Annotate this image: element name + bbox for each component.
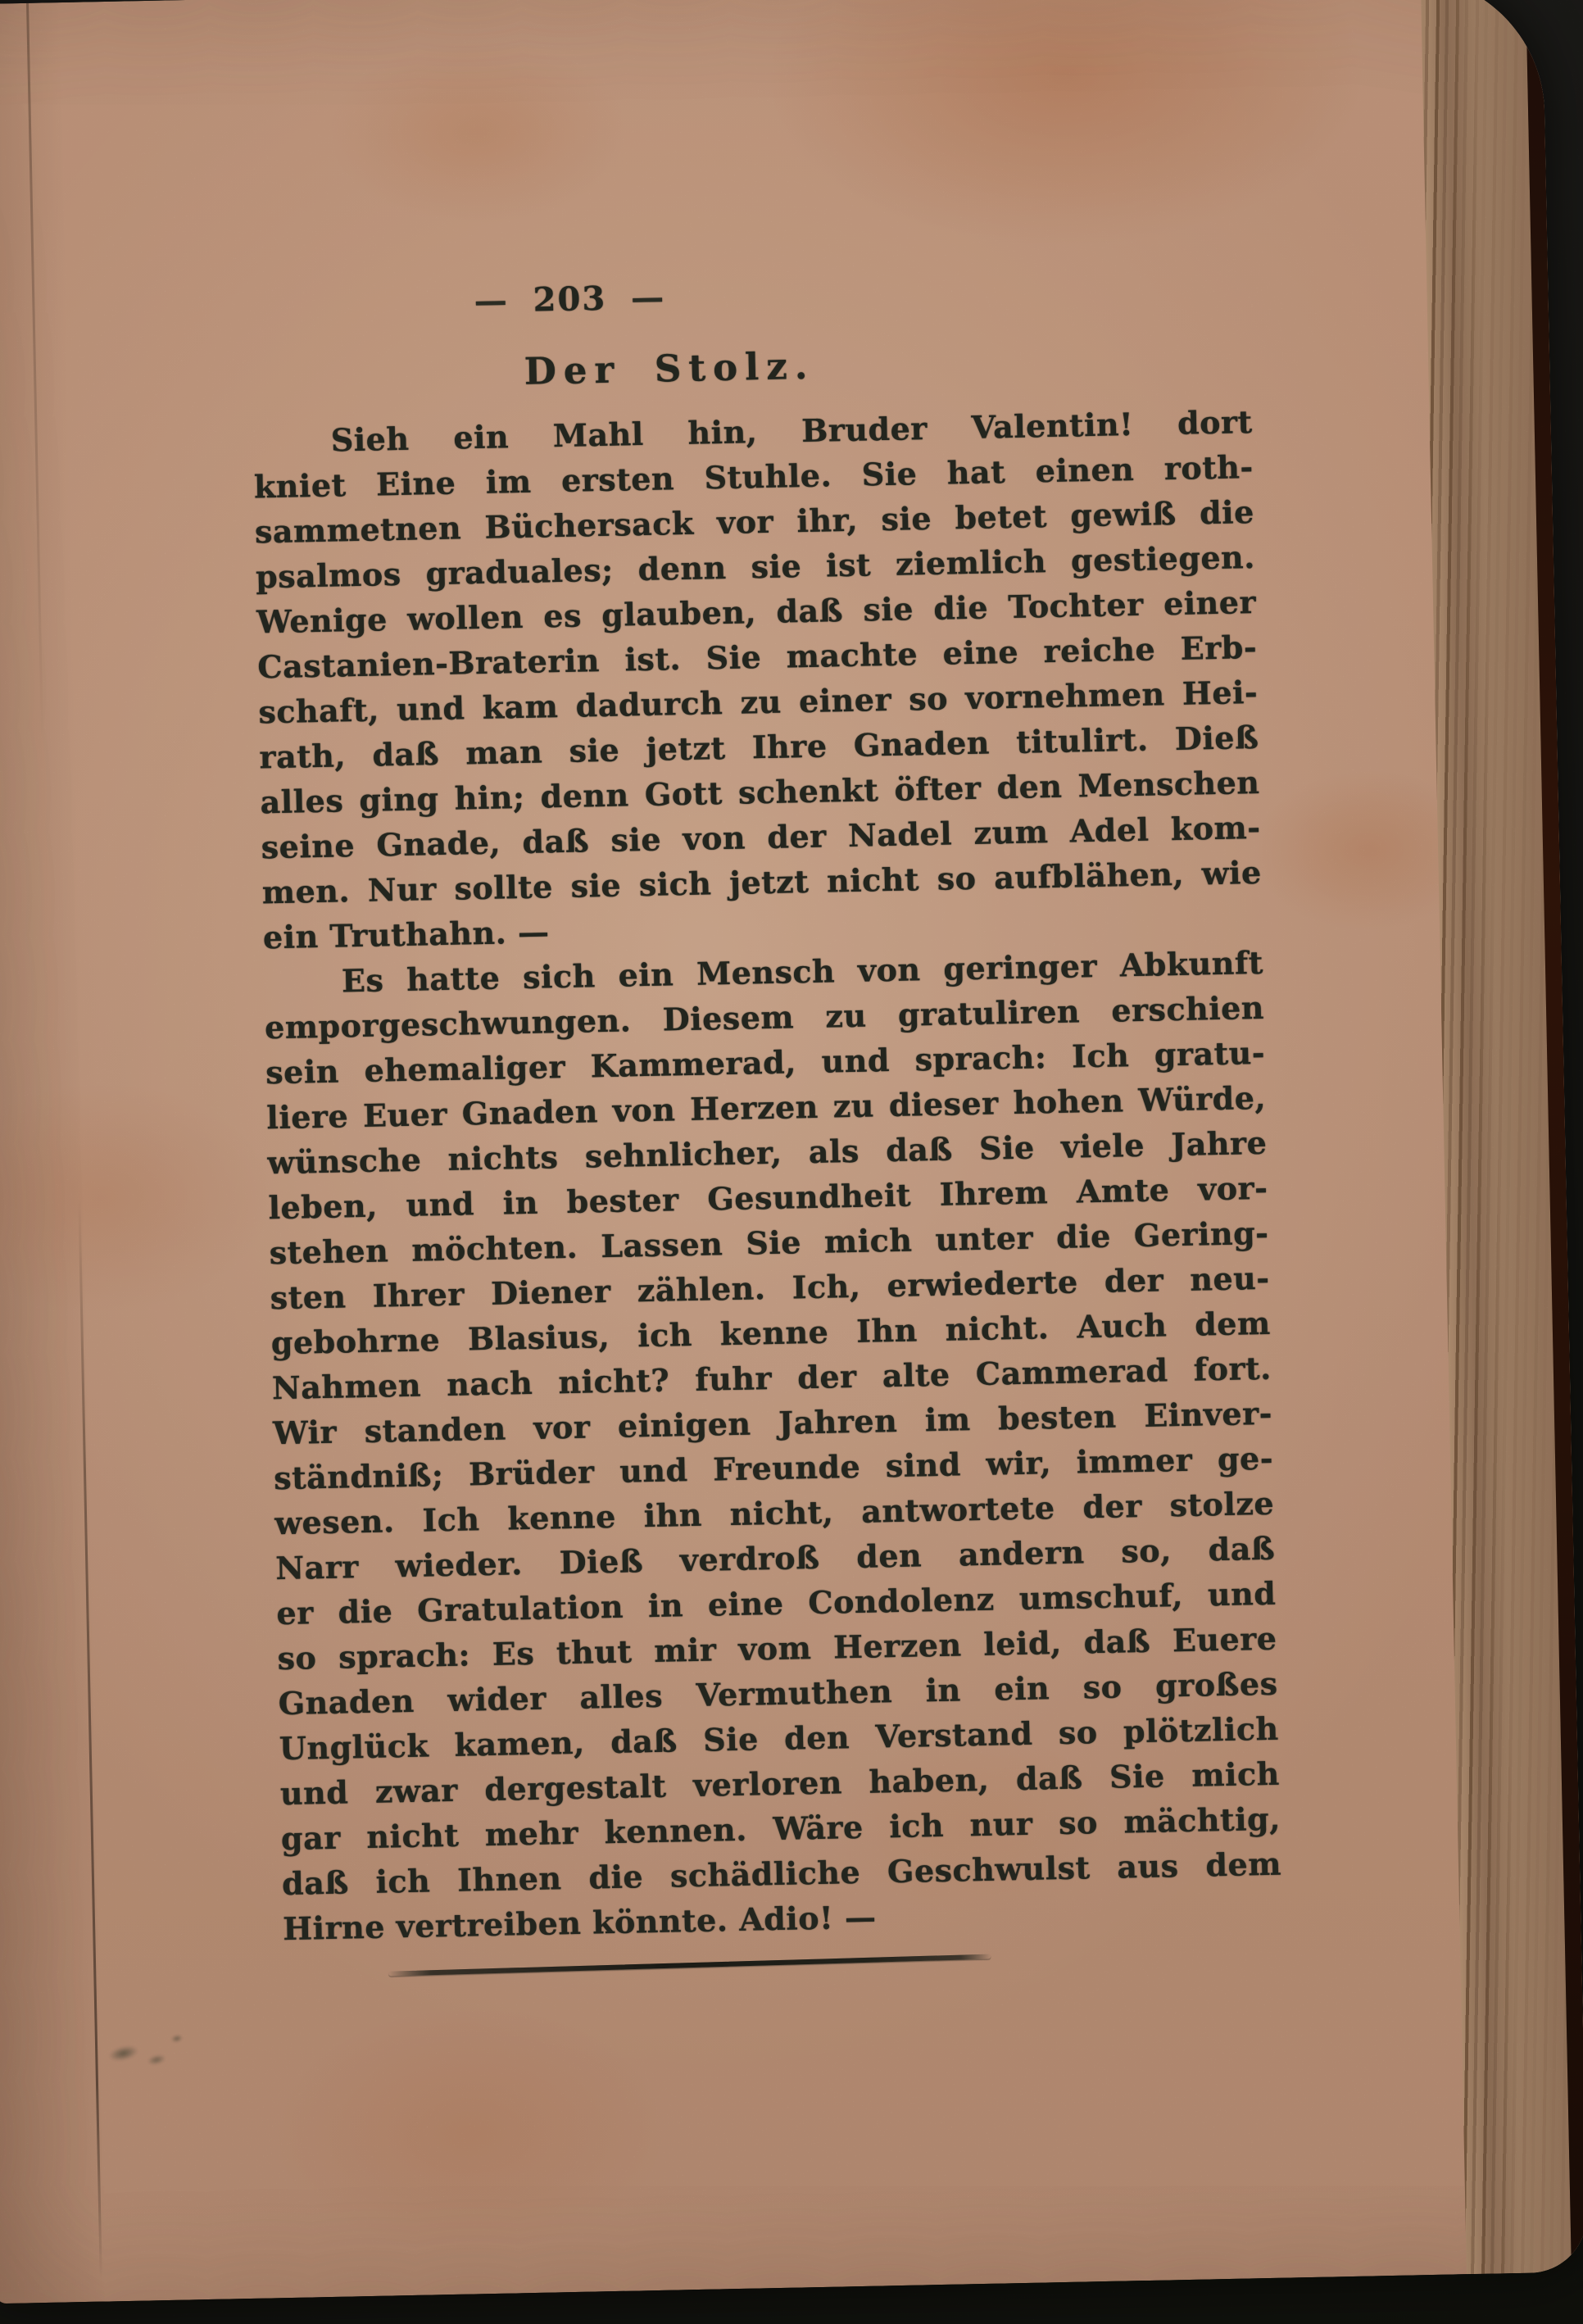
printed-content: —203— Der Stolz. Sieh ein Mahl hin, Brud…	[250, 261, 1250, 281]
chapter-title: Der Stolz.	[383, 341, 957, 396]
paper-crease-top	[26, 3, 43, 739]
page-number: 203	[533, 279, 606, 320]
header-left-dash: —	[474, 281, 509, 320]
body-text: Sieh ein Mahl hin, Bruder Valentin! dort…	[252, 399, 1282, 1951]
section-end-rule	[388, 1954, 991, 1977]
header-right-dash: —	[631, 278, 666, 317]
book-page: —203— Der Stolz. Sieh ein Mahl hin, Brud…	[0, 0, 1583, 2304]
ink-smudge	[84, 2016, 214, 2089]
paper-crease-bottom	[78, 1198, 102, 2279]
page-number-header: —203—	[340, 275, 800, 323]
